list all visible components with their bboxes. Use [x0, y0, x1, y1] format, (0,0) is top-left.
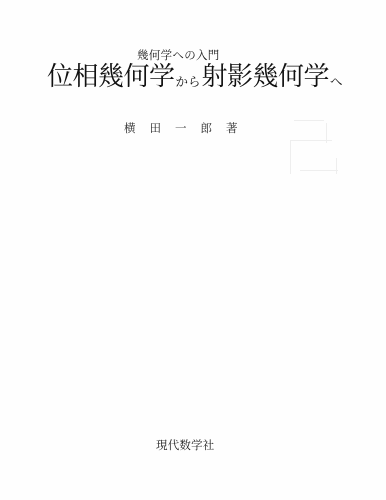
bleed-through-mark	[290, 140, 291, 174]
bleed-through-mark	[336, 158, 337, 174]
title-page: 幾何学への入門 位相幾何学から射影幾何学へ 横田一郎著 現代数学社	[0, 0, 386, 500]
publisher-name: 現代数学社	[156, 437, 215, 453]
bleed-through-mark	[326, 123, 327, 143]
title-connector-from: から	[176, 74, 201, 89]
bleed-through-mark	[300, 170, 338, 171]
title-part-projective: 射影幾何学	[202, 62, 330, 92]
bleed-through-mark	[294, 120, 324, 121]
title-part-topology: 位相幾何学	[47, 62, 175, 92]
title-connector-to: へ	[330, 74, 343, 89]
series-title: 幾何学への入門	[137, 47, 220, 63]
book-title: 位相幾何学から射影幾何学へ	[47, 64, 344, 90]
author-line: 横田一郎著	[124, 120, 252, 136]
